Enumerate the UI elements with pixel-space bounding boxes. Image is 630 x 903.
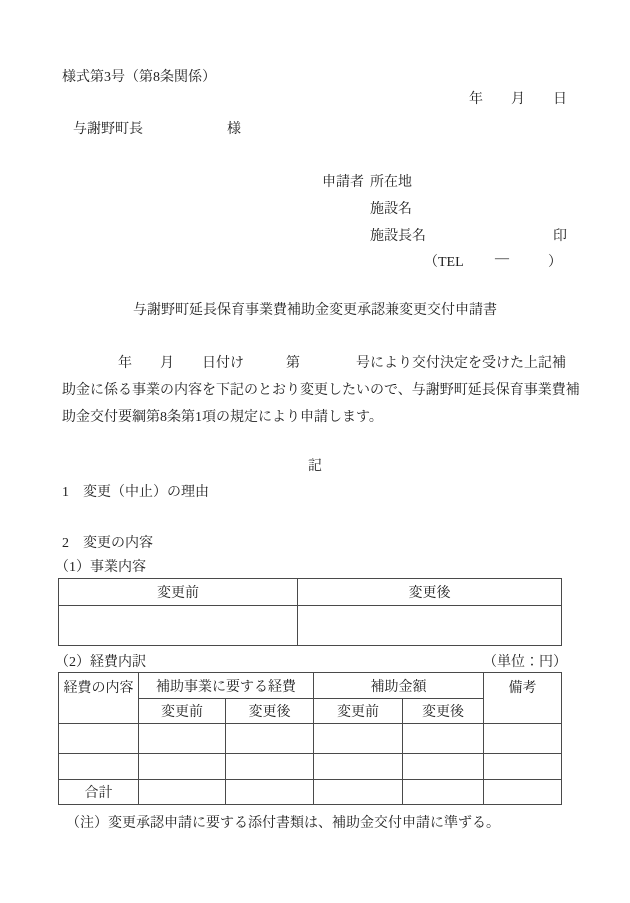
applicant-facility-line: 施設名 bbox=[322, 198, 582, 225]
applicant-facility-label: 施設名 bbox=[370, 202, 412, 217]
seal-label: 印 bbox=[553, 225, 567, 245]
page-title: 与謝野町延長保育事業費補助金変更承認兼変更交付申請書 bbox=[0, 299, 630, 319]
item-reason: 1 変更（中止）の理由 bbox=[62, 481, 209, 501]
total-remarks-cell bbox=[484, 780, 562, 805]
body-line: 助金交付要綱第8条第1項の規定により申請します。 bbox=[62, 404, 383, 431]
total-value-cell bbox=[139, 780, 226, 805]
expense-row-cell bbox=[314, 754, 403, 780]
col-remarks: 備考 bbox=[484, 673, 562, 724]
expense-row-cell bbox=[403, 724, 484, 754]
expense-row-cell bbox=[403, 754, 484, 780]
header-after: 変更後 bbox=[298, 579, 562, 606]
form-number: 様式第3号（第8条関係） bbox=[62, 66, 216, 86]
expense-row-cell bbox=[226, 724, 314, 754]
tel-open: （TEL bbox=[424, 251, 464, 271]
applicant-tel-line: （TEL ― ） bbox=[322, 251, 582, 278]
addressee-name: 与謝野町長 bbox=[73, 122, 143, 137]
expense-row-cell bbox=[139, 754, 226, 780]
expense-row-cell bbox=[484, 754, 562, 780]
footnote: （注）変更承認申請に要する添付書類は、補助金交付申請に準ずる。 bbox=[66, 812, 500, 832]
total-value-cell bbox=[403, 780, 484, 805]
subcol-subsidy-before: 変更前 bbox=[314, 699, 403, 724]
applicant-director-label: 施設長名 bbox=[370, 229, 426, 244]
unit-note: （単位：円） bbox=[483, 651, 567, 671]
body-line: 年 月 日付け 第 号により交付決定を受けた上記補 bbox=[62, 350, 566, 377]
expense-row-cell bbox=[139, 724, 226, 754]
header-before: 変更前 bbox=[59, 579, 298, 606]
applicant-label: 申請者 bbox=[322, 175, 364, 190]
total-value-cell bbox=[314, 780, 403, 805]
expense-row-cell bbox=[226, 754, 314, 780]
applicant-address-line: 申請者所在地 bbox=[322, 171, 582, 198]
ki-heading: 記 bbox=[0, 455, 630, 475]
item-change-content: 2 変更の内容 bbox=[62, 532, 153, 552]
body-line: 助金に係る事業の内容を下記のとおり変更したいので、与謝野町延長保育事業費補 bbox=[62, 377, 580, 404]
subcol-cost-after: 変更後 bbox=[226, 699, 314, 724]
business-after-cell bbox=[298, 606, 562, 646]
subcol-cost-before: 変更前 bbox=[139, 699, 226, 724]
expense-row-cell bbox=[59, 754, 139, 780]
col-expense-content: 経費の内容 bbox=[59, 673, 139, 724]
tel-dash: ― bbox=[495, 251, 509, 267]
document-page: 様式第3号（第8条関係） 年 月 日 与謝野町長様 申請者所在地 施設名 施設長… bbox=[0, 0, 630, 903]
col-project-cost: 補助事業に要する経費 bbox=[139, 673, 314, 699]
subsection-business-content: （1）事業内容 bbox=[55, 556, 146, 576]
subsection-expense-breakdown: （2）経費内訳 bbox=[55, 651, 146, 671]
col-subsidy-amount: 補助金額 bbox=[314, 673, 484, 699]
applicant-address-label: 所在地 bbox=[370, 175, 412, 190]
expense-row-cell bbox=[314, 724, 403, 754]
total-value-cell bbox=[226, 780, 314, 805]
total-label-cell: 合計 bbox=[59, 780, 139, 805]
applicant-director-line: 施設長名 印 bbox=[322, 225, 582, 251]
expense-row-cell bbox=[484, 724, 562, 754]
expense-row-cell bbox=[59, 724, 139, 754]
expense-breakdown-table: 経費の内容 補助事業に要する経費 補助金額 備考 変更前 変更後 変更前 変更後 bbox=[58, 672, 562, 805]
business-content-table: 変更前 変更後 bbox=[58, 578, 562, 646]
subcol-subsidy-after: 変更後 bbox=[403, 699, 484, 724]
applicant-block: 申請者所在地 施設名 施設長名 印 （TEL ― ） bbox=[322, 171, 582, 278]
addressee-honorific: 様 bbox=[227, 122, 241, 137]
date-line: 年 月 日 bbox=[469, 88, 567, 108]
addressee-line: 与謝野町長様 bbox=[73, 118, 241, 138]
business-before-cell bbox=[59, 606, 298, 646]
tel-close: ） bbox=[548, 251, 562, 271]
